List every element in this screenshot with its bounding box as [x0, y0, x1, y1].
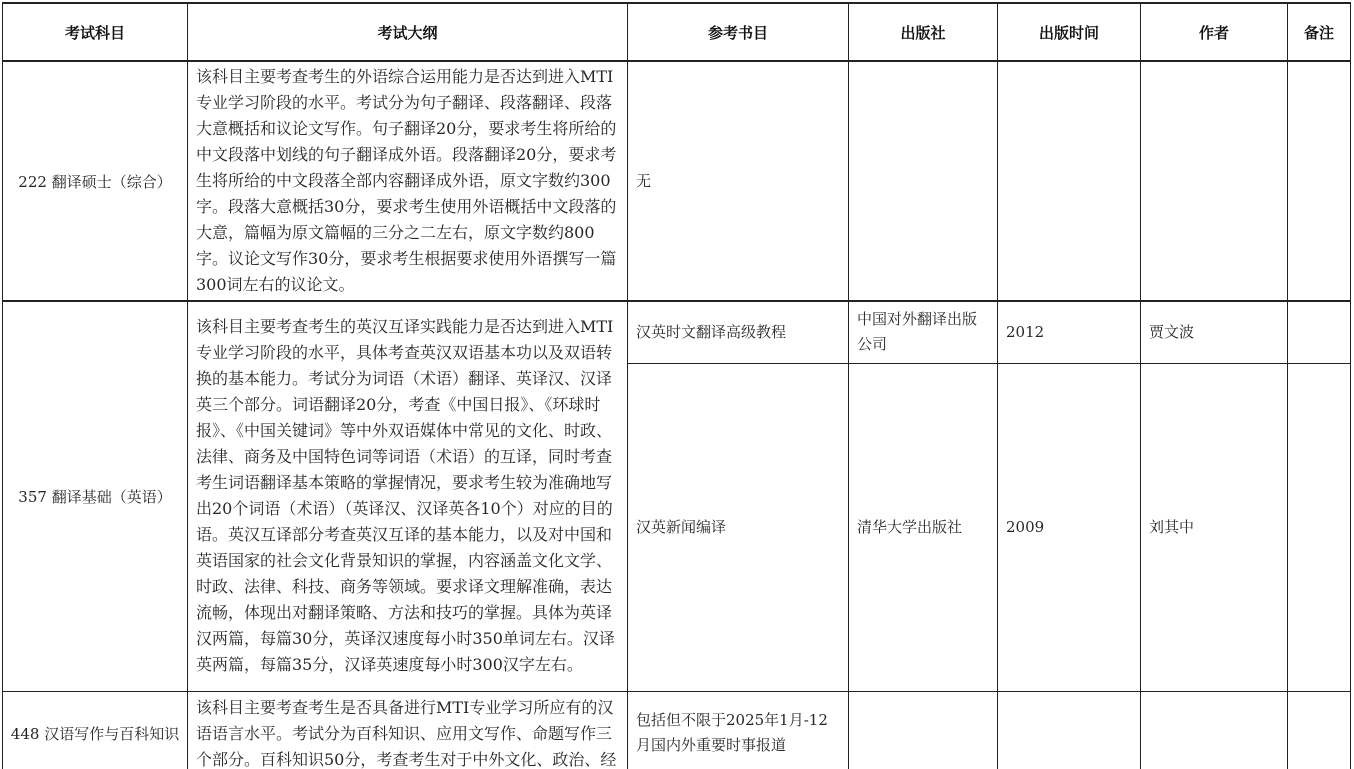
header-author: 作者 [1141, 3, 1288, 61]
cell-subject: 448 汉语写作与百科知识 [3, 691, 188, 769]
cell-author: 刘其中 [1141, 363, 1288, 691]
cell-publisher: 中国对外翻译出版公司 [849, 301, 998, 363]
cell-note [1288, 691, 1351, 769]
cell-book-title: 无 [628, 61, 849, 301]
syllabus-page: 考试科目 考试大纲 参考书目 出版社 出版时间 作者 备注 222 翻译硕士（综… [0, 0, 1354, 769]
cell-book-title: 汉英时文翻译高级教程 [628, 301, 849, 363]
cell-author [1141, 691, 1288, 769]
cell-publisher [849, 691, 998, 769]
cell-subject: 222 翻译硕士（综合） [3, 61, 188, 301]
cell-outline: 该科目主要考查考生的外语综合运用能力是否达到进入MTI专业学习阶段的水平。考试分… [188, 61, 628, 301]
cell-publish-year: 2009 [998, 363, 1141, 691]
header-exam-subject: 考试科目 [3, 3, 188, 61]
cell-book-title: 包括但不限于2025年1月-12月国内外重要时事报道 [628, 691, 849, 769]
cell-outline: 该科目主要考查考生是否具备进行MTI专业学习所应有的汉语语言水平。考试分为百科知… [188, 691, 628, 769]
cell-outline: 该科目主要考查考生的英汉互译实践能力是否达到进入MTI专业学习阶段的水平，具体考… [188, 301, 628, 691]
cell-publish-year: 2012 [998, 301, 1141, 363]
header-publisher: 出版社 [849, 3, 998, 61]
exam-syllabus-table: 考试科目 考试大纲 参考书目 出版社 出版时间 作者 备注 222 翻译硕士（综… [2, 2, 1351, 769]
cell-note [1288, 301, 1351, 363]
header-publish-time: 出版时间 [998, 3, 1141, 61]
header-exam-outline: 考试大纲 [188, 3, 628, 61]
cell-book-title: 汉英新闻编译 [628, 363, 849, 691]
cell-subject: 357 翻译基础（英语） [3, 301, 188, 691]
cell-publish-year [998, 691, 1141, 769]
header-row: 考试科目 考试大纲 参考书目 出版社 出版时间 作者 备注 [3, 3, 1351, 61]
table-row: 357 翻译基础（英语） 该科目主要考查考生的英汉互译实践能力是否达到进入MTI… [3, 301, 1351, 363]
cell-note [1288, 61, 1351, 301]
table-row: 448 汉语写作与百科知识 该科目主要考查考生是否具备进行MTI专业学习所应有的… [3, 691, 1351, 769]
cell-publish-year [998, 61, 1141, 301]
cell-author: 贾文波 [1141, 301, 1288, 363]
header-reference-books: 参考书目 [628, 3, 849, 61]
table-row: 222 翻译硕士（综合） 该科目主要考查考生的外语综合运用能力是否达到进入MTI… [3, 61, 1351, 301]
cell-publisher [849, 61, 998, 301]
cell-author [1141, 61, 1288, 301]
cell-note [1288, 363, 1351, 691]
header-notes: 备注 [1288, 3, 1351, 61]
cell-publisher: 清华大学出版社 [849, 363, 998, 691]
